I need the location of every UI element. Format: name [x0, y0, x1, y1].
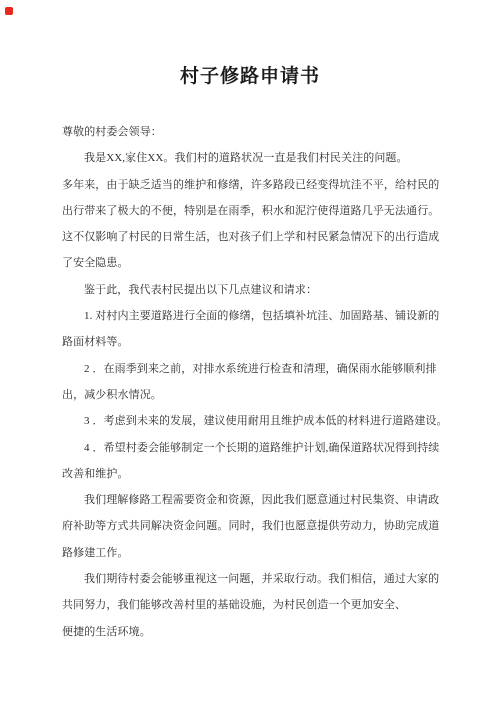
doc-line: 便捷的生活环境。	[62, 619, 440, 645]
doc-line: 府补助等方式共同解决资金问题。同时，我们也愿意提供劳动力，协助完成道	[62, 513, 440, 539]
red-dot-marker	[5, 7, 13, 15]
doc-line: 出行带来了极大的不便，特别是在雨季，积水和泥泞使得道路几乎无法通行。	[62, 198, 440, 224]
doc-line: 鉴于此，我代表村民提出以下几点建议和请求：	[62, 277, 440, 303]
doc-line: 路修建工作。	[62, 540, 440, 566]
doc-line: 我们期待村委会能够重视这一问题，并采取行动。我们相信，通过大家的	[62, 566, 440, 592]
doc-line: 路面材料等。	[62, 329, 440, 355]
document-body: 尊敬的村委会领导： 我是XX,家住XX。我们村的道路状况一直是我们村民关注的问题…	[62, 119, 440, 645]
doc-line: 改善和维护。	[62, 461, 440, 487]
doc-line: 我们理解修路工程需要资金和资源，因此我们愿意通过村民集资、申请政	[62, 487, 440, 513]
doc-line: 多年来，由于缺乏适当的维护和修缮，许多路段已经变得坑洼不平，给村民的	[62, 172, 440, 198]
doc-line-salutation: 尊敬的村委会领导：	[62, 119, 440, 145]
document-page: 村子修路申请书 尊敬的村委会领导： 我是XX,家住XX。我们村的道路状况一直是我…	[0, 0, 500, 707]
doc-line: 我是XX,家住XX。我们村的道路状况一直是我们村民关注的问题。	[62, 145, 440, 171]
document-title: 村子修路申请书	[0, 63, 500, 89]
doc-line: 出，减少积水情况。	[62, 382, 440, 408]
doc-line: 这不仅影响了村民的日常生活，也对孩子们上学和村民紧急情况下的出行造成	[62, 224, 440, 250]
doc-line-item-2: 2 ．在雨季到来之前，对排水系统进行检查和清理，确保雨水能够顺利排	[62, 356, 440, 382]
doc-line-item-4: 4 ．希望村委会能够制定一个长期的道路维护计划,确保道路状况得到持续	[62, 435, 440, 461]
doc-line: 共同努力，我们能够改善村里的基础设施，为村民创造一个更加安全、	[62, 592, 440, 618]
doc-line-item-1: 1. 对村内主要道路进行全面的修缮，包括填补坑洼、加固路基、铺设新的	[62, 303, 440, 329]
doc-line: 了安全隐患。	[62, 250, 440, 276]
doc-line-item-3: 3 ．考虑到未来的发展，建议使用耐用且维护成本低的材料进行道路建设。	[62, 408, 440, 434]
